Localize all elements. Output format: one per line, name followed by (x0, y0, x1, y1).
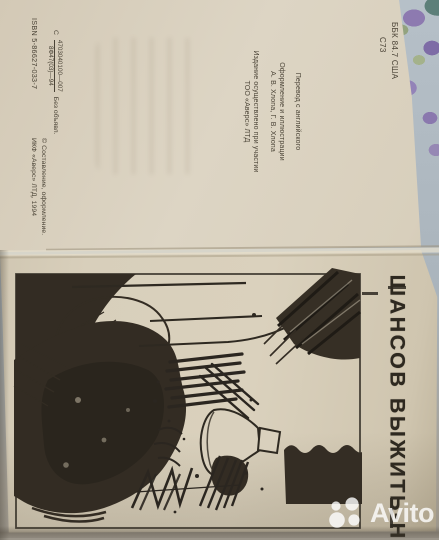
book-title: ШАНСОВ ВЫЖИТЬ-НОЛЬ (366, 275, 428, 530)
title-rule (362, 292, 378, 295)
catalog-prefix: С (50, 30, 58, 35)
bbk-block: ББК 84.7 США С73 (350, 22, 400, 80)
show-through-text (96, 38, 198, 174)
catalog-fraction: 4703040100—007 8Ф47(03)—94 (46, 40, 63, 92)
design-credit: Оформление и иллюстрации А. В. Хлопа, Г.… (267, 48, 285, 175)
book-edge-shadow (0, 250, 9, 540)
copyright-notice: © Составление, оформление. ИКФ «Аверс» Л… (22, 138, 48, 262)
catalog-code: С 4703040100—007 8Ф47(03)—94 Без объявл. (46, 8, 63, 140)
avito-watermark: Avito (326, 496, 434, 530)
avito-wordmark: Avito (370, 496, 434, 530)
book-photo: ББК 84.7 США С73 Перевод с английского О… (0, 0, 439, 540)
catalog-note: Без объявл. (50, 97, 58, 135)
author-sign: С73 (376, 22, 388, 80)
translation-note: Перевод с английского (293, 48, 302, 175)
publisher-note: Издание осуществлено при участии ТОО «Ав… (242, 48, 260, 175)
catalog-block: С 4703040100—007 8Ф47(03)—94 Без объявл.… (13, 8, 63, 140)
isbn: ISBN 5-86627-033-7 (30, 8, 39, 140)
catalog-denominator: 8Ф47(03)—94 (46, 40, 55, 92)
avito-logo-icon (326, 496, 366, 530)
title-rule (388, 286, 406, 289)
imprint-block: Перевод с английского Оформление и иллюс… (213, 48, 302, 175)
illustration-drawing (8, 260, 366, 536)
bbk-code: ББК 84.7 США (388, 22, 400, 80)
catalog-numerator: 4703040100—007 (56, 40, 63, 92)
